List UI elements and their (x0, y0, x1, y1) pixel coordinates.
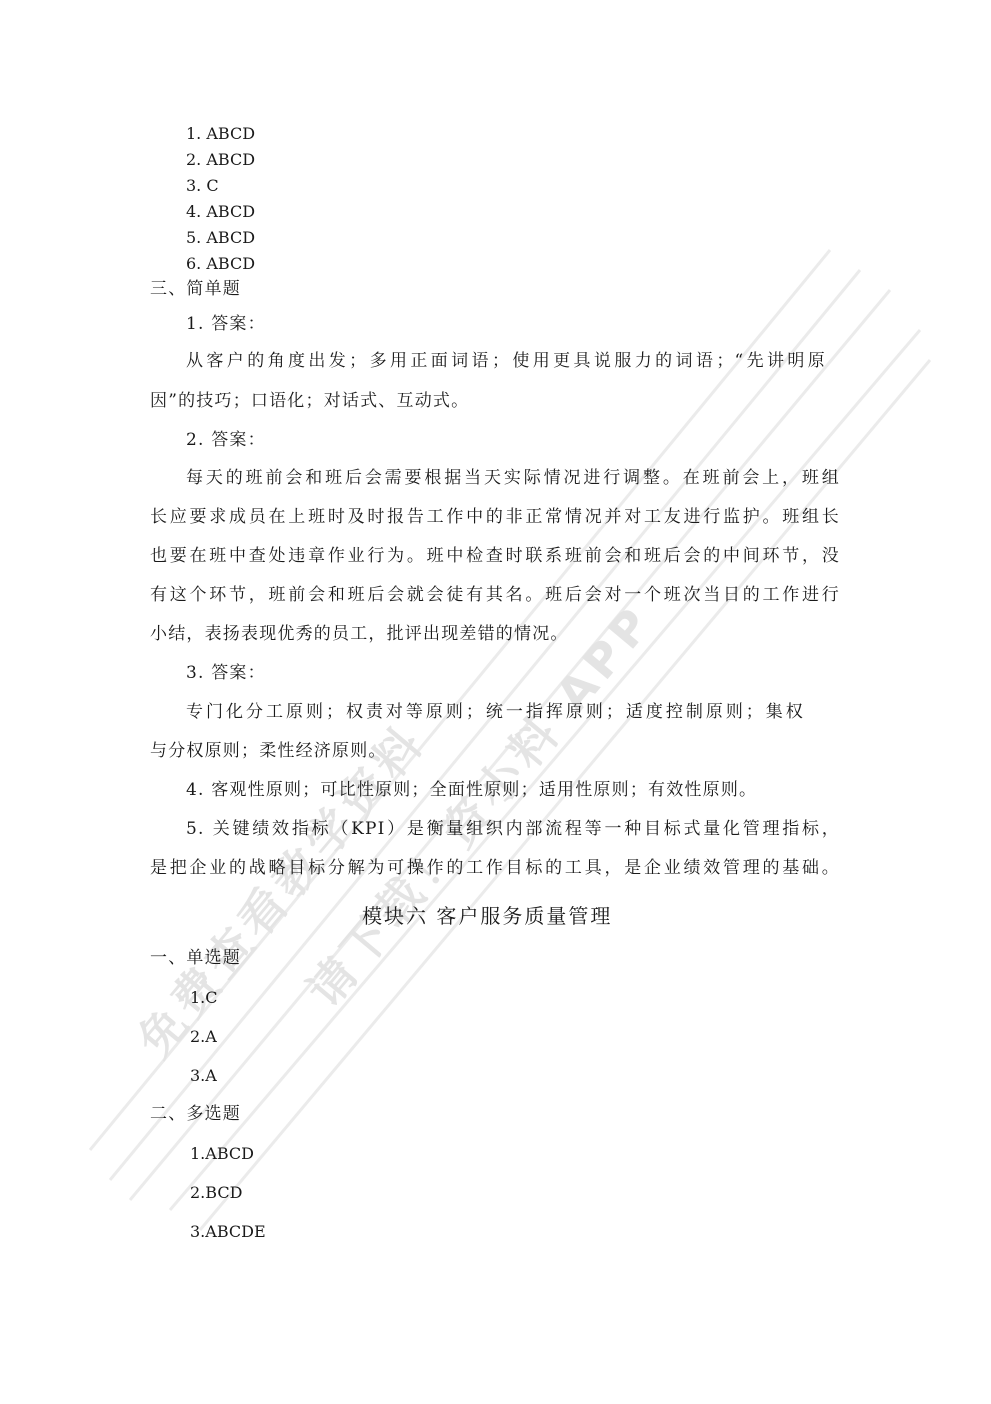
question-label: 2. 答案： (186, 429, 266, 451)
answer-line: 小结，表扬表现优秀的员工，批评出现差错的情况。 (150, 623, 569, 645)
list-item: 2. ABCD (186, 149, 255, 171)
answer-line: 每天的班前会和班后会需要根据当天实际情况进行调整。在班前会上，班组 (186, 467, 840, 489)
module-heading: 模块六 客户服务质量管理 (362, 900, 612, 929)
list-item: 2.A (190, 1026, 217, 1048)
answer-line: 从客户的角度出发；多用正面词语；使用更具说服力的词语；“先讲明原 (186, 350, 826, 372)
answer-line: 也要在班中查处违章作业行为。班中检查时联系班前会和班后会的中间环节，没 (150, 545, 840, 567)
answer-line: 与分权原则；柔性经济原则。 (150, 740, 387, 762)
list-item: 6. ABCD (186, 253, 255, 275)
list-item: 1.C (190, 987, 218, 1009)
watermark-line1: 免费查看教学资料 (127, 714, 436, 1067)
list-item: 2.BCD (190, 1182, 242, 1204)
question-label: 1. 答案： (186, 313, 266, 335)
list-item: 1. ABCD (186, 123, 255, 145)
list-item: 3. C (186, 175, 219, 197)
answer-line: 因”的技巧；口语化；对话式、互动式。 (150, 390, 469, 412)
answer-line: 专门化分工原则；权责对等原则；统一指挥原则；适度控制原则；集权 (186, 701, 804, 723)
list-item: 3.A (190, 1065, 217, 1087)
section-title: 三、简单题 (150, 278, 241, 300)
answer-line: 是把企业的战略目标分解为可操作的工作目标的工具，是企业绩效管理的基础。 (150, 857, 840, 879)
section-title: 一、单选题 (150, 947, 241, 969)
question-label: 3. 答案： (186, 662, 266, 684)
answer-line: 有这个环节，班前会和班后会就会徒有其名。班后会对一个班次当日的工作进行 (150, 584, 840, 606)
document-page: 免费查看教学资料 请下载！资小料 APP 1. ABCD 2. ABCD 3. … (0, 0, 991, 1404)
list-item: 4. ABCD (186, 201, 255, 223)
answer-line: 5. 关键绩效指标（KPI）是衡量组织内部流程等一种目标式量化管理指标， (186, 818, 840, 840)
answer-line: 长应要求成员在上班时及时报告工作中的非正常情况并对工友进行监护。班组长 (150, 506, 840, 528)
section-title: 二、多选题 (150, 1103, 241, 1125)
list-item: 1.ABCD (190, 1143, 254, 1165)
list-item: 5. ABCD (186, 227, 255, 249)
answer-line: 4. 客观性原则；可比性原则；全面性原则；适用性原则；有效性原则。 (186, 779, 757, 801)
list-item: 3.ABCDE (190, 1221, 266, 1243)
watermark-line2: 请下载！资小料 APP (297, 594, 664, 1017)
